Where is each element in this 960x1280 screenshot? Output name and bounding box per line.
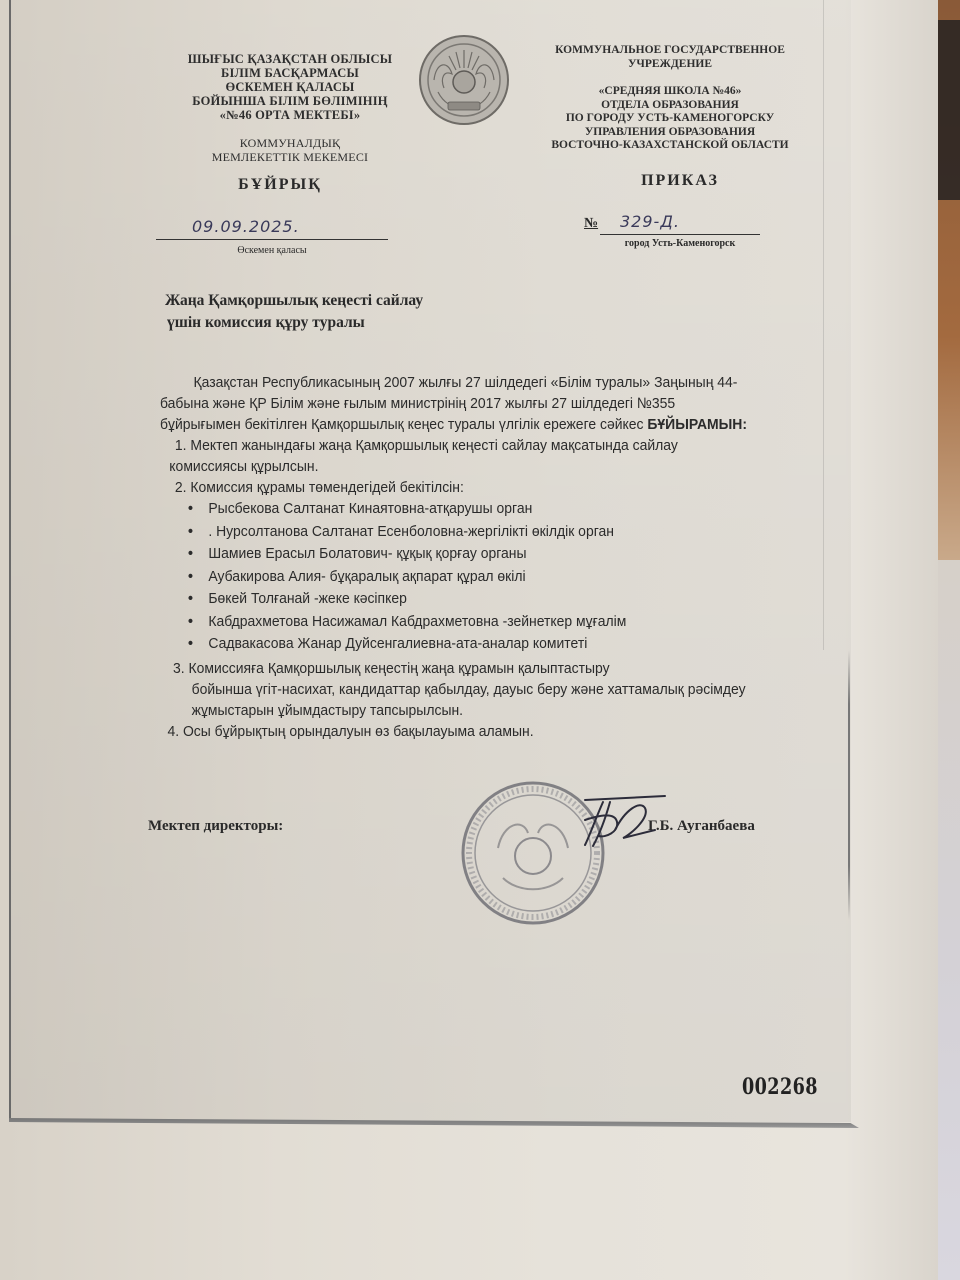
- director-label: Мектеп директоры:: [148, 818, 283, 835]
- director-name: Г.Б. Ауганбаева: [648, 818, 755, 835]
- header-left-sub-line: КОММУНАЛДЫҚ: [160, 136, 420, 150]
- order-word: БҰЙЫРАМЫН:: [647, 416, 747, 433]
- header-left-sub-line: МЕМЛЕКЕТТІК МЕКЕМЕСІ: [160, 150, 420, 164]
- header-left-line: ӨСКЕМЕН ҚАЛАСЫ: [160, 80, 420, 94]
- order-number-sign: №: [584, 216, 598, 232]
- header-left-line: БІЛІМ БАСҚАРМАСЫ: [160, 66, 420, 80]
- order-item-3-rest: бойынша үгіт-насихат, кандидаттар қабылд…: [173, 679, 755, 721]
- header-right-line: ПО ГОРОДУ УСТЬ-КАМЕНОГОРСКУ: [530, 112, 810, 126]
- order-title-ru: ПРИКАЗ: [600, 172, 760, 190]
- order-item-1: 1. Мектеп жанындағы жаңа Қамқоршылық кең…: [160, 435, 755, 477]
- order-date-field: 09.09.2025.: [156, 217, 388, 240]
- order-body: Қазақстан Республикасының 2007 жылғы 27 …: [160, 372, 755, 742]
- list-item: Бөкей Толғанай -жеке кәсіпкер: [188, 588, 755, 611]
- order-item-1-text: 1. Мектеп жанындағы жаңа Қамқоршылық кең…: [169, 437, 678, 475]
- city-kz: Өскемен қаласы: [156, 245, 388, 256]
- order-item-2: 2. Комиссия құрамы төмендегідей бекітілс…: [160, 477, 755, 498]
- commission-members-list: Рысбекова Салтанат Кинаятовна-атқарушы о…: [160, 498, 755, 656]
- header-right-ru: КОММУНАЛЬНОЕ ГОСУДАРСТВЕННОЕ УЧРЕЖДЕНИЕ …: [530, 44, 810, 153]
- header-left-line: «№46 ОРТА МЕКТЕБІ»: [160, 108, 420, 122]
- header-right-inst-line: УЧРЕЖДЕНИЕ: [530, 58, 810, 72]
- city-ru: город Усть-Каменогорск: [600, 238, 760, 249]
- order-item-4: 4. Осы бұйрықтың орындалуын өз бақылауым…: [160, 721, 755, 742]
- header-right-institution: КОММУНАЛЬНОЕ ГОСУДАРСТВЕННОЕ УЧРЕЖДЕНИЕ: [530, 44, 810, 71]
- header-left-line: БОЙЫНША БІЛІМ БӨЛІМІНІҢ: [160, 94, 420, 108]
- list-item: Шамиев Ерасыл Болатович- құқық қорғау ор…: [188, 543, 755, 566]
- order-subject: Жаңа Қамқоршылық кеңесті сайлау үшін ком…: [165, 290, 423, 334]
- header-right-line: ОТДЕЛА ОБРАЗОВАНИЯ: [530, 99, 810, 113]
- preamble: Қазақстан Республикасының 2007 жылғы 27 …: [160, 372, 755, 435]
- header-right-inst-line: КОММУНАЛЬНОЕ ГОСУДАРСТВЕННОЕ: [530, 44, 810, 58]
- header-left-kz: ШЫҒЫС ҚАЗАҚСТАН ОБЛЫСЫ БІЛІМ БАСҚАРМАСЫ …: [160, 52, 420, 164]
- list-item: Рысбекова Салтанат Кинаятовна-атқарушы о…: [188, 498, 755, 521]
- list-item: Аубакирова Алия- бұқаралық ақпарат құрал…: [188, 566, 755, 589]
- order-number-field: 329-Д.: [600, 212, 760, 235]
- page-fold-line-faint: [823, 0, 824, 650]
- order-item-3: 3. Комиссияға Қамқоршылық кеңестің жаңа …: [160, 658, 755, 721]
- subject-line: үшін комиссия құру туралы: [165, 312, 423, 334]
- kazakhstan-state-emblem-icon: [414, 30, 514, 130]
- header-right-line: УПРАВЛЕНИЯ ОБРАЗОВАНИЯ: [530, 126, 810, 140]
- list-item: . Нурсолтанова Салтанат Есенболовна-жерг…: [188, 521, 755, 544]
- order-date: 09.09.2025.: [192, 217, 300, 236]
- header-right-line: «СРЕДНЯЯ ШКОЛА №46»: [530, 85, 810, 99]
- order-item-3-first-line: 3. Комиссияға Қамқоршылық кеңестің жаңа …: [173, 658, 755, 679]
- serial-number: 002268: [742, 1074, 818, 1100]
- header-left-line: ШЫҒЫС ҚАЗАҚСТАН ОБЛЫСЫ: [160, 52, 420, 66]
- list-item: Садвакасова Жанар Дуйсенгалиевна-ата-ана…: [188, 633, 755, 656]
- order-title-kz: БҰЙРЫҚ: [180, 176, 380, 194]
- subject-line: Жаңа Қамқоршылық кеңесті сайлау: [165, 290, 423, 312]
- header-left-subtitle: КОММУНАЛДЫҚ МЕМЛЕКЕТТІК МЕКЕМЕСІ: [160, 136, 420, 164]
- page-fold-line: [848, 650, 850, 920]
- header-right-line: ВОСТОЧНО-КАЗАХСТАНСКОЙ ОБЛАСТИ: [530, 139, 810, 153]
- list-item: Кабдрахметова Насижамал Кабдрахметовна -…: [188, 611, 755, 634]
- order-number: 329-Д.: [620, 212, 680, 231]
